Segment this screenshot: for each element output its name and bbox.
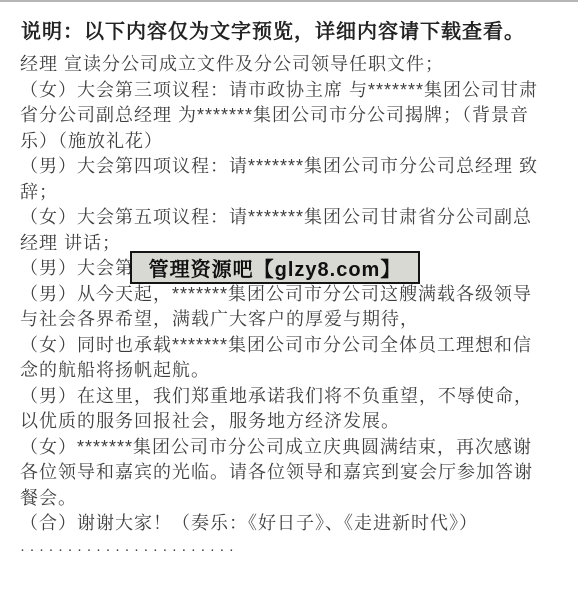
document-line: 省分公司副总经理 为*******集团公司市分公司揭牌；（背景音 [20,103,568,129]
document-line: 念的航船将扬帆起航。 [20,358,568,384]
document-preview-page: 说明：以下内容仅为文字预览，详细内容请下载查看。 经理 宣读分公司成立文件及分公… [0,0,578,600]
document-line: 与社会各界希望，满载广大客户的厚爱与期待， [20,307,568,333]
document-line: （女）大会第五项议程：请*******集团公司甘肃省分公司副总 [20,205,568,231]
document-line: 各位领导和嘉宾的光临。请各位领导和嘉宾到宴会厅参加答谢 [20,460,568,486]
glzy8-watermark-box: 管理资源吧【glzy8.com】 [130,251,420,284]
document-body: 经理 宣读分公司成立文件及分公司领导任职文件； （女）大会第三项议程：请市政协主… [20,52,568,562]
preview-notice: 说明：以下内容仅为文字预览，详细内容请下载查看。 [21,15,525,44]
document-line: 餐会。 [20,486,568,512]
document-line: （合）谢谢大家！（奏乐：《好日子》、《走进新时代》） [20,511,568,537]
document-line: （男）从今天起，*******集团公司市分公司这艘满载各级领导 [20,282,568,308]
document-dotted-line: ······················· [20,537,568,563]
document-line: 乐）（施放礼花） [20,129,568,155]
document-line: 辞； [20,180,568,206]
document-line: （男）大会第四项议程：请*******集团公司市分公司总经理 致 [20,154,568,180]
glzy8-watermark-label: 管理资源吧【glzy8.com】 [149,253,402,282]
document-line: （女）同时也承载*******集团公司市分公司全体员工理想和信 [20,333,568,359]
document-line: 以优质的服务回报社会，服务地方经济发展。 [20,409,568,435]
document-line: （男）在这里，我们郑重地承诺我们将不负重望，不辱使命， [20,384,568,410]
document-line: （女）*******集团公司市分公司成立庆典圆满结束，再次感谢 [20,435,568,461]
document-line: 经理 宣读分公司成立文件及分公司领导任职文件； [20,52,568,78]
document-line: （女）大会第三项议程：请市政协主席 与*******集团公司甘肃 [20,78,568,104]
